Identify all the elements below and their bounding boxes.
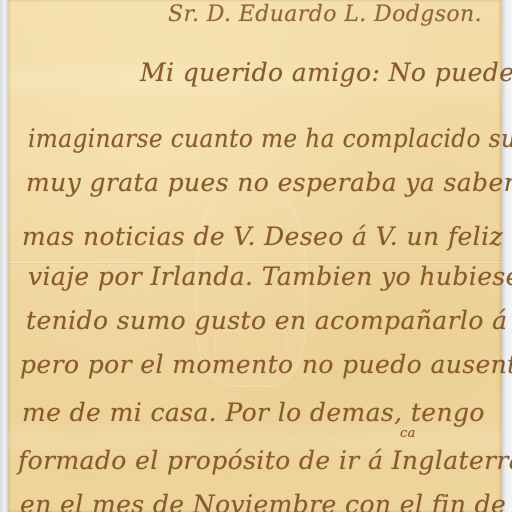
- body-line: formado el propósito de ir á Inglaterra: [18, 446, 512, 475]
- body-line: en el mes de Noviembre con el fin de: [20, 490, 506, 512]
- body-line: mas noticias de V. Deseo á V. un feliz: [22, 222, 503, 251]
- body-line: tenido sumo gusto en acompañarlo á V.,: [26, 306, 512, 335]
- body-line: imaginarse cuanto me ha complacido su: [28, 124, 512, 153]
- body-line: viaje por Irlanda. Tambien yo hubiese: [28, 262, 512, 291]
- addressee-line: Sr. D. Eduardo L. Dodgson.: [168, 2, 482, 27]
- salutation-line: Mi querido amigo: No puede V.: [140, 58, 512, 87]
- body-line: me de mi casa. Por lo demas, tengo: [22, 398, 485, 427]
- interlinear-insertion: ca: [400, 426, 416, 441]
- letter-scan: Sr. D. Eduardo L. Dodgson. Mi querido am…: [0, 0, 512, 512]
- body-line: muy grata pues no esperaba ya saber: [26, 168, 512, 197]
- body-line: pero por el momento no puedo ausentar-: [20, 350, 512, 379]
